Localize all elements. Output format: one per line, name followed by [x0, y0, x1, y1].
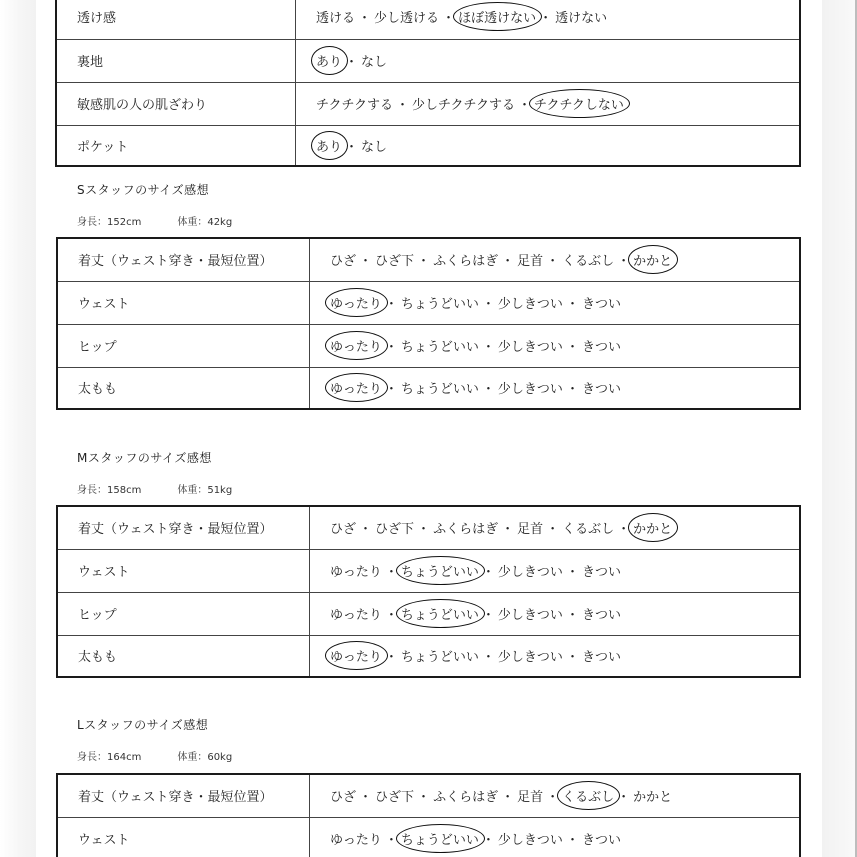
- option-separator: ・: [563, 604, 582, 623]
- row-label: 裏地: [56, 39, 296, 82]
- table-row: 着丈（ウェスト穿き・最短位置） ひざ・ひざ下・ふくらはぎ・足首・くるぶし・かかと: [57, 774, 800, 817]
- table-row: ヒップ ゆったり・ちょうどいい・少しきつい・きつい: [57, 324, 800, 367]
- row-label: ウェスト: [57, 817, 310, 857]
- row-options: ひざ・ひざ下・ふくらはぎ・足首・くるぶし・かかと: [310, 238, 801, 281]
- row-options: ひざ・ひざ下・ふくらはぎ・足首・くるぶし・かかと: [310, 774, 801, 817]
- option: 少しきつい: [498, 829, 563, 848]
- option: ひざ: [330, 250, 356, 269]
- selected-option: ほぼ透けない: [458, 7, 536, 26]
- weight-value: 体重：51kg: [177, 485, 232, 496]
- table-row: 着丈（ウェスト穿き・最短位置） ひざ・ひざ下・ふくらはぎ・足首・くるぶし・かかと: [57, 238, 800, 281]
- option-separator: ・: [563, 829, 582, 848]
- option: ひざ下: [375, 250, 414, 269]
- option: くるぶし: [562, 250, 614, 269]
- selected-option: ゆったり: [330, 378, 382, 397]
- option: ひざ下: [375, 518, 414, 537]
- option-separator: ・: [563, 646, 582, 665]
- option: ふくらはぎ: [433, 250, 498, 269]
- row-label: ウェスト: [57, 549, 310, 592]
- selected-option: かかと: [633, 250, 672, 269]
- row-options: あり・なし: [296, 125, 801, 166]
- table-row: 太もも ゆったり・ちょうどいい・少しきつい・きつい: [57, 635, 800, 677]
- material-table: 透け感 透ける・少し透ける・ほぼ透けない・透けない 裏地 あり・なし 敏感肌の人…: [55, 0, 801, 167]
- option: ひざ下: [375, 786, 414, 805]
- selected-option: ゆったり: [330, 336, 382, 355]
- option-separator: ・: [479, 378, 498, 397]
- row-label: 着丈（ウェスト穿き・最短位置）: [57, 774, 310, 817]
- option: 足首: [517, 786, 543, 805]
- option: なし: [361, 136, 387, 155]
- option: きつい: [582, 646, 621, 665]
- row-label: ポケット: [56, 125, 296, 166]
- height-value: 身長：158cm: [77, 485, 141, 496]
- row-options: チクチクする・少しチクチクする・チクチクしない: [296, 82, 801, 125]
- option: 少しきつい: [498, 604, 563, 623]
- option: ゆったり: [330, 561, 382, 580]
- option-separator: ・: [414, 518, 433, 537]
- option: 足首: [517, 250, 543, 269]
- row-options: ゆったり・ちょうどいい・少しきつい・きつい: [310, 281, 801, 324]
- table-row: ウェスト ゆったり・ちょうどいい・少しきつい・きつい: [57, 549, 800, 592]
- option-separator: ・: [356, 518, 375, 537]
- row-label: 太もも: [57, 367, 310, 409]
- selected-option: ゆったり: [330, 646, 382, 665]
- size-table-s: 着丈（ウェスト穿き・最短位置） ひざ・ひざ下・ふくらはぎ・足首・くるぶし・かかと…: [56, 237, 801, 410]
- option: 少しきつい: [498, 646, 563, 665]
- row-label: ヒップ: [57, 592, 310, 635]
- row-options: あり・なし: [296, 39, 801, 82]
- option-separator: ・: [563, 561, 582, 580]
- option: かかと: [633, 786, 672, 805]
- option: ちょうどいい: [401, 336, 479, 355]
- section-meta: 身長：152cm体重：42kg: [77, 213, 232, 228]
- table-row: ポケット あり・なし: [56, 125, 800, 166]
- option: ちょうどいい: [401, 646, 479, 665]
- table-row: 裏地 あり・なし: [56, 39, 800, 82]
- option: きつい: [582, 829, 621, 848]
- option: 少しきつい: [498, 561, 563, 580]
- selected-option: くるぶし: [562, 786, 614, 805]
- option-separator: ・: [498, 250, 517, 269]
- option: 少しチクチクする: [412, 94, 515, 113]
- section-meta: 身長：164cm体重：60kg: [77, 748, 232, 763]
- selected-option: チクチクしない: [534, 94, 624, 113]
- selected-option: ちょうどいい: [401, 829, 479, 848]
- row-options: ゆったり・ちょうどいい・少しきつい・きつい: [310, 549, 801, 592]
- option-separator: ・: [498, 786, 517, 805]
- selected-option: あり: [316, 136, 342, 155]
- option: くるぶし: [562, 518, 614, 537]
- option-separator: ・: [479, 336, 498, 355]
- page-margin-left: [0, 0, 36, 857]
- selected-option: ちょうどいい: [401, 604, 479, 623]
- size-table-l: 着丈（ウェスト穿き・最短位置） ひざ・ひざ下・ふくらはぎ・足首・くるぶし・かかと…: [56, 773, 801, 857]
- option-separator: ・: [414, 250, 433, 269]
- table-row: ウェスト ゆったり・ちょうどいい・少しきつい・きつい: [57, 817, 800, 857]
- option-separator: ・: [543, 250, 562, 269]
- option: 透けない: [555, 7, 607, 26]
- option: 少しきつい: [498, 336, 563, 355]
- option: 少し透ける: [374, 7, 439, 26]
- option-separator: ・: [563, 378, 582, 397]
- table-row: 太もも ゆったり・ちょうどいい・少しきつい・きつい: [57, 367, 800, 409]
- selected-option: かかと: [633, 518, 672, 537]
- table-row: ウェスト ゆったり・ちょうどいい・少しきつい・きつい: [57, 281, 800, 324]
- option-separator: ・: [543, 518, 562, 537]
- option-separator: ・: [479, 646, 498, 665]
- section-title: Sスタッフのサイズ感想: [77, 181, 209, 198]
- option: きつい: [582, 561, 621, 580]
- option: 少しきつい: [498, 293, 563, 312]
- weight-value: 体重：60kg: [177, 752, 232, 763]
- table-row: 透け感 透ける・少し透ける・ほぼ透けない・透けない: [56, 0, 800, 39]
- row-label: ヒップ: [57, 324, 310, 367]
- option-separator: ・: [498, 518, 517, 537]
- row-options: 透ける・少し透ける・ほぼ透けない・透けない: [296, 0, 801, 39]
- row-label: 太もも: [57, 635, 310, 677]
- option: ゆったり: [330, 829, 382, 848]
- row-options: ひざ・ひざ下・ふくらはぎ・足首・くるぶし・かかと: [310, 506, 801, 549]
- height-value: 身長：152cm: [77, 217, 141, 228]
- option: 少しきつい: [498, 378, 563, 397]
- option: ふくらはぎ: [433, 518, 498, 537]
- option: きつい: [582, 293, 621, 312]
- option: ひざ: [330, 518, 356, 537]
- row-options: ゆったり・ちょうどいい・少しきつい・きつい: [310, 592, 801, 635]
- option-separator: ・: [563, 336, 582, 355]
- table-row: ヒップ ゆったり・ちょうどいい・少しきつい・きつい: [57, 592, 800, 635]
- table-row: 着丈（ウェスト穿き・最短位置） ひざ・ひざ下・ふくらはぎ・足首・くるぶし・かかと: [57, 506, 800, 549]
- page-margin-right: [822, 0, 857, 857]
- section-title: Lスタッフのサイズ感想: [77, 716, 208, 733]
- option-separator: ・: [563, 293, 582, 312]
- row-label: ウェスト: [57, 281, 310, 324]
- option: 透ける: [316, 7, 355, 26]
- row-label: 透け感: [56, 0, 296, 39]
- option-separator: ・: [479, 293, 498, 312]
- option-separator: ・: [414, 786, 433, 805]
- option: ふくらはぎ: [433, 786, 498, 805]
- row-options: ゆったり・ちょうどいい・少しきつい・きつい: [310, 635, 801, 677]
- option-separator: ・: [356, 250, 375, 269]
- row-label: 着丈（ウェスト穿き・最短位置）: [57, 238, 310, 281]
- option: きつい: [582, 378, 621, 397]
- section-title: Mスタッフのサイズ感想: [77, 449, 212, 466]
- row-options: ゆったり・ちょうどいい・少しきつい・きつい: [310, 367, 801, 409]
- option-separator: ・: [355, 7, 374, 26]
- section-meta: 身長：158cm体重：51kg: [77, 481, 232, 496]
- option: きつい: [582, 604, 621, 623]
- selected-option: ゆったり: [330, 293, 382, 312]
- option: きつい: [582, 336, 621, 355]
- option-separator: ・: [356, 786, 375, 805]
- option: ひざ: [330, 786, 356, 805]
- row-options: ゆったり・ちょうどいい・少しきつい・きつい: [310, 817, 801, 857]
- size-table-m: 着丈（ウェスト穿き・最短位置） ひざ・ひざ下・ふくらはぎ・足首・くるぶし・かかと…: [56, 505, 801, 678]
- option: チクチクする: [316, 94, 393, 113]
- height-value: 身長：164cm: [77, 752, 141, 763]
- weight-value: 体重：42kg: [177, 217, 232, 228]
- selected-option: ちょうどいい: [401, 561, 479, 580]
- row-options: ゆったり・ちょうどいい・少しきつい・きつい: [310, 324, 801, 367]
- option: ゆったり: [330, 604, 382, 623]
- option-separator: ・: [393, 94, 412, 113]
- option: ちょうどいい: [401, 293, 479, 312]
- option: 足首: [517, 518, 543, 537]
- selected-option: あり: [316, 51, 342, 70]
- row-label: 着丈（ウェスト穿き・最短位置）: [57, 506, 310, 549]
- table-row: 敏感肌の人の肌ざわり チクチクする・少しチクチクする・チクチクしない: [56, 82, 800, 125]
- option: ちょうどいい: [401, 378, 479, 397]
- row-label: 敏感肌の人の肌ざわり: [56, 82, 296, 125]
- option: なし: [361, 51, 387, 70]
